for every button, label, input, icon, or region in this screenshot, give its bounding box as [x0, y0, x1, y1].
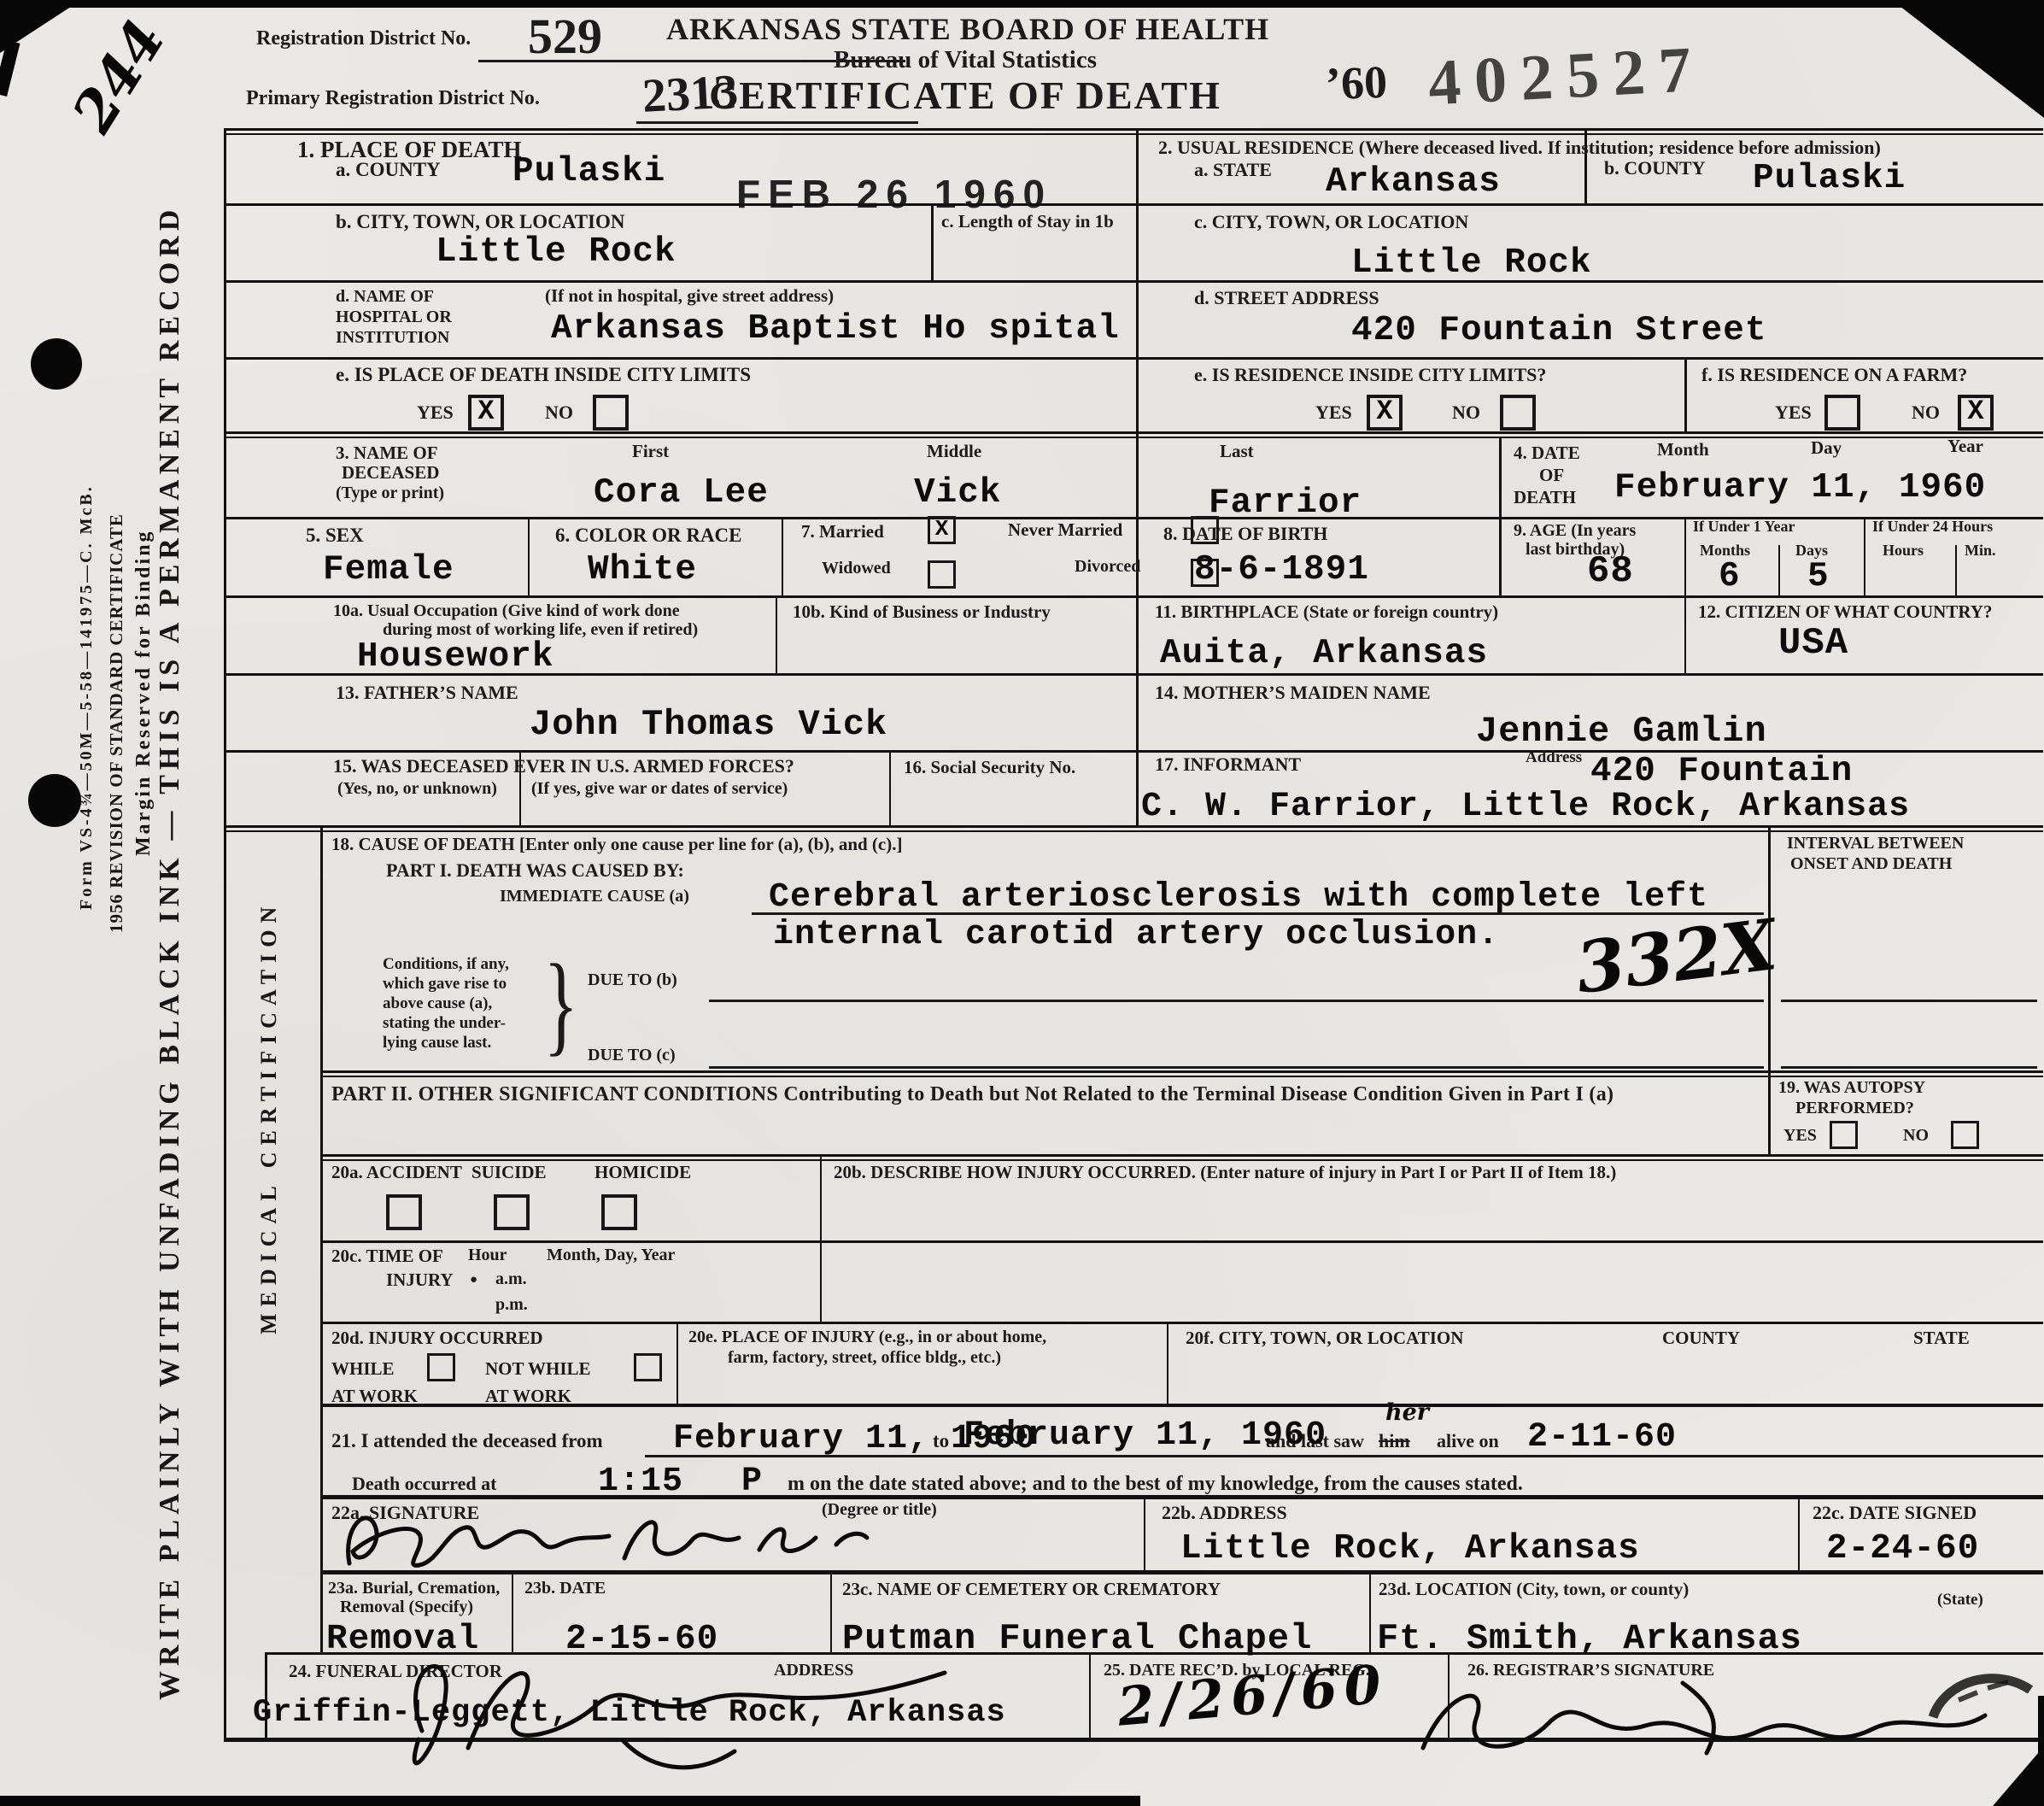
hour-header: Hour: [468, 1246, 507, 1265]
date-of-death-label-3: DEATH: [1514, 487, 1576, 507]
name-middle-value: Vick: [914, 473, 1001, 513]
death-month-header: Month: [1657, 439, 1709, 460]
autopsy-label-2: PERFORMED?: [1795, 1099, 1914, 1118]
date-signed-label: 22c. DATE SIGNED: [1813, 1502, 1977, 1523]
margin-revision: 1956 REVISION OF STANDARD CERTIFICATE: [106, 513, 127, 933]
autopsy-yes-label: YES: [1783, 1126, 1817, 1146]
name-first-header: First: [632, 441, 669, 461]
location-state-label: (State): [1937, 1591, 1983, 1610]
place-county-value: Pulaski: [512, 152, 665, 191]
armed-forces-label: 15. WAS DECEASED EVER IN U.S. ARMED FORC…: [333, 755, 794, 777]
death-time-value: 1:15: [598, 1463, 683, 1501]
at-work-label-2: AT WORK: [485, 1386, 571, 1406]
homicide-checkbox: [601, 1194, 637, 1230]
file-stamp-number: 402527: [1426, 32, 1707, 121]
attended-label: 21. I attended the deceased from: [331, 1430, 603, 1452]
margin-permanent-record: WRITE PLAINLY WITH UNFADING BLACK INK — …: [154, 205, 186, 1700]
residence-city-value: Little Rock: [1351, 243, 1592, 283]
informant-address-value: 420 Fountain: [1590, 752, 1853, 791]
date-of-birth-label: 8. DATE OF BIRTH: [1163, 523, 1327, 544]
place-city-limits-label: e. IS PLACE OF DEATH INSIDE CITY LIMITS: [336, 364, 751, 386]
hospital-label-3: INSTITUTION: [336, 328, 449, 348]
address-22b-label: 22b. ADDRESS: [1162, 1502, 1287, 1523]
received-date-stamp: FEB 26 1960: [736, 171, 1052, 217]
place-city-label: b. CITY, TOWN, OR LOCATION: [336, 211, 625, 233]
name-last-header: Last: [1220, 441, 1254, 461]
min-header: Min.: [1965, 542, 1996, 560]
place-county-label: a. COUNTY: [336, 159, 441, 181]
citizen-value: USA: [1778, 622, 1848, 665]
margin-binding: Margin Reserved for Binding: [132, 529, 155, 856]
hole-punch-bottom: [28, 774, 81, 827]
informant-label: 17. INFORMANT: [1155, 753, 1301, 775]
fathers-name-value: John Thomas Vick: [530, 704, 887, 745]
part1-label: PART I. DEATH WAS CAUSED BY:: [386, 859, 684, 881]
cause-line-2: internal carotid artery occlusion.: [773, 916, 1499, 954]
divorced-label: Divorced: [1075, 557, 1140, 577]
sex-label: 5. SEX: [306, 525, 364, 547]
death-day-header: Day: [1811, 437, 1842, 458]
location-value: Ft. Smith, Arkansas: [1377, 1618, 1802, 1659]
residence-county-value: Pulaski: [1753, 159, 1906, 198]
cause-code-handwritten: 332X: [1572, 904, 1781, 1010]
name-label-2: DECEASED: [342, 462, 439, 483]
birthplace-label: 11. BIRTHPLACE (State or foreign country…: [1155, 601, 1498, 622]
death-occurred-rest-label: m on the date stated above; and to the b…: [788, 1473, 1523, 1497]
registrar-signature: [1401, 1666, 1999, 1794]
informant-value: C. W. Farrior, Little Rock, Arkansas: [1141, 788, 1910, 826]
color-race-value: White: [588, 550, 697, 589]
place-limits-no-checkbox: [593, 395, 629, 431]
last-saw-date-value: 2-11-60: [1527, 1418, 1677, 1457]
residence-limits-no-label: NO: [1452, 402, 1480, 423]
suicide-label: SUICIDE: [471, 1162, 547, 1182]
occupation-value: Housework: [357, 637, 553, 677]
not-while-label: NOT WHILE: [485, 1358, 591, 1379]
interval-c-line: [1781, 1066, 2037, 1069]
place-limits-no-label: NO: [545, 402, 573, 423]
injury-word-label: INJURY: [386, 1269, 454, 1290]
while-checkbox: [427, 1353, 455, 1381]
days-value: 5: [1807, 557, 1830, 596]
business-industry-label: 10b. Kind of Business or Industry: [793, 601, 1051, 622]
interval-label-2: ONSET AND DEATH: [1790, 854, 1952, 874]
physician-signature: [337, 1497, 901, 1582]
residence-limits-no-checkbox: [1500, 395, 1536, 431]
alive-on-label: alive on: [1437, 1430, 1499, 1451]
place-of-injury-label-2: farm, factory, street, office bldg., etc…: [728, 1348, 1001, 1368]
farm-yes-checkbox: [1824, 395, 1860, 431]
usual-residence-title: 2. USUAL RESIDENCE (Where deceased lived…: [1158, 137, 1881, 158]
ssn-label: 16. Social Security No.: [904, 757, 1075, 777]
date-of-death-value: February 11, 1960: [1614, 468, 1986, 507]
place-city-value: Little Rock: [436, 232, 676, 272]
file-stamp-year: ’60: [1325, 56, 1388, 111]
while-label: WHILE: [331, 1358, 395, 1379]
scan-corner-bottom-right: [1993, 1746, 2044, 1806]
married-checkbox: X: [928, 516, 956, 544]
her-handwritten: her: [1385, 1399, 1429, 1426]
death-ampm-value: P: [741, 1463, 763, 1501]
age-value: 68: [1587, 550, 1634, 593]
street-address-value: 420 Fountain Street: [1351, 311, 1766, 350]
accident-label: 20a. ACCIDENT: [331, 1162, 462, 1182]
under-1-year-header: If Under 1 Year: [1693, 518, 1795, 536]
armed-forces-note-2: (If yes, give war or dates of service): [531, 779, 788, 799]
death-certificate-scan: 244 Form VS-4¾—50M—5-58—141975—C. McB. 1…: [0, 0, 2044, 1806]
registration-district-label: Registration District No.: [256, 27, 471, 51]
address-22b-value: Little Rock, Arkansas: [1180, 1529, 1640, 1569]
conditions-note-3: above cause (a),: [383, 994, 492, 1013]
residence-farm-label: f. IS RESIDENCE ON A FARM?: [1701, 364, 1967, 385]
farm-yes-label: YES: [1775, 402, 1812, 423]
name-first-value: Cora Lee: [594, 473, 769, 513]
months-value: 6: [1719, 557, 1741, 596]
birthplace-value: Auita, Arkansas: [1160, 634, 1488, 673]
bureau-subtitle: Bureau of Vital Statistics: [666, 46, 1264, 74]
suicide-checkbox: [494, 1194, 530, 1230]
street-address-label: d. STREET ADDRESS: [1194, 287, 1379, 308]
stamp-fragment: [1926, 1647, 2037, 1724]
autopsy-label-1: 19. WAS AUTOPSY: [1778, 1078, 1925, 1098]
sex-value: Female: [323, 550, 454, 589]
injury-bullet: ●: [470, 1273, 477, 1287]
hours-header: Hours: [1883, 542, 1924, 560]
accident-checkbox: [386, 1194, 422, 1230]
residence-limits-yes-label: YES: [1315, 402, 1352, 423]
hospital-label-2: HOSPITAL OR: [336, 308, 452, 327]
cause-line-1: Cerebral arteriosclerosis with complete …: [769, 878, 1708, 917]
due-to-b-label: DUE TO (b): [588, 970, 677, 990]
occupation-label-1: 10a. Usual Occupation (Give kind of work…: [333, 601, 680, 621]
residence-city-limits-label: e. IS RESIDENCE INSIDE CITY LIMITS?: [1194, 364, 1546, 385]
interval-label-1: INTERVAL BETWEEN: [1787, 834, 1964, 853]
place-of-injury-label-1: 20e. PLACE OF INJURY (e.g., in or about …: [688, 1328, 1046, 1347]
injury-county-header: COUNTY: [1662, 1328, 1740, 1348]
margin-medical-certification: MEDICAL CERTIFICATION: [256, 900, 282, 1334]
conditions-note-4: stating the under-: [383, 1014, 506, 1033]
hospital-label-1: d. NAME OF: [336, 287, 434, 307]
board-of-health-title: ARKANSAS STATE BOARD OF HEALTH: [666, 12, 1264, 47]
homicide-label: HOMICIDE: [594, 1162, 691, 1182]
fathers-name-label: 13. FATHER’S NAME: [336, 682, 518, 703]
conditions-note-2: which gave rise to: [383, 975, 507, 994]
autopsy-no-checkbox: [1951, 1121, 1979, 1149]
scan-edge-right: [2038, 1696, 2044, 1806]
name-middle-header: Middle: [927, 441, 981, 461]
registration-district-value: 529: [528, 9, 602, 66]
scan-corner-top-right: [1892, 0, 2044, 118]
widowed-checkbox: [928, 560, 956, 589]
injury-city-label: 20f. CITY, TOWN, OR LOCATION: [1186, 1328, 1463, 1348]
conditions-note-5: lying cause last.: [383, 1034, 491, 1053]
widowed-label: Widowed: [822, 559, 891, 578]
name-last-value: Farrior: [1209, 484, 1362, 523]
mothers-maiden-name-value: Jennie Gamlin: [1476, 711, 1767, 752]
certificate-title: CERTIFICATE OF DEATH: [666, 73, 1264, 119]
residence-county-label: b. COUNTY: [1604, 157, 1706, 179]
part2-label: PART II. OTHER SIGNIFICANT CONDITIONS Co…: [331, 1083, 1614, 1107]
immediate-cause-label: IMMEDIATE CAUSE (a): [500, 887, 689, 906]
at-work-label-1: AT WORK: [331, 1386, 418, 1406]
hospital-note: (If not in hospital, give street address…: [545, 285, 834, 306]
place-limits-yes-label: YES: [417, 402, 454, 423]
date-of-birth-value: 8-6-1891: [1194, 550, 1369, 589]
due-to-c-line: [709, 1066, 1764, 1069]
pm-label: p.m.: [495, 1295, 528, 1315]
describe-injury-label: 20b. DESCRIBE HOW INJURY OCCURRED. (Ente…: [834, 1162, 1616, 1182]
him-struck-label: him: [1379, 1430, 1410, 1451]
citizen-label: 12. CITIZEN OF WHAT COUNTRY?: [1698, 601, 1992, 622]
residence-state-value: Arkansas: [1326, 162, 1501, 202]
conditions-brace: }: [544, 939, 578, 1069]
death-year-header: Year: [1947, 436, 1983, 456]
date-signed-value: 2-24-60: [1826, 1529, 1979, 1569]
mothers-maiden-name-label: 14. MOTHER’S MAIDEN NAME: [1155, 682, 1431, 703]
death-occurred-label: Death occurred at: [352, 1473, 496, 1494]
margin-form-code: Form VS-4¾—50M—5-58—141975—C. McB.: [77, 484, 97, 910]
injury-occurred-label: 20d. INJURY OCCURRED: [331, 1328, 543, 1348]
name-label-1: 3. NAME OF: [336, 443, 438, 463]
am-label: a.m.: [495, 1269, 527, 1289]
residence-limits-yes-checkbox: X: [1367, 395, 1403, 431]
date-of-death-label-2: OF: [1539, 465, 1564, 485]
time-of-injury-label: 20c. TIME OF: [331, 1246, 443, 1266]
farm-no-checkbox: X: [1958, 395, 1994, 431]
hole-punch-top: [31, 338, 82, 390]
injury-state-header: STATE: [1913, 1328, 1970, 1348]
attended-to-value: February 11, 1960: [963, 1416, 1327, 1455]
primary-registration-district-label: Primary Registration District No.: [246, 87, 540, 111]
residence-state-label: a. STATE: [1194, 159, 1272, 180]
place-limits-yes-checkbox: X: [468, 395, 504, 431]
autopsy-no-label: NO: [1903, 1126, 1929, 1146]
name-label-3: (Type or print): [336, 484, 444, 503]
autopsy-yes-checkbox: [1830, 1121, 1858, 1149]
interval-b-line: [1781, 1000, 2037, 1002]
not-while-checkbox: [634, 1353, 662, 1381]
conditions-note-1: Conditions, if any,: [383, 955, 509, 974]
farm-no-label: NO: [1912, 402, 1940, 423]
under-24-hours-header: If Under 24 Hours: [1872, 518, 1993, 536]
due-to-c-label: DUE TO (c): [588, 1046, 676, 1065]
burial-label-2: Removal (Specify): [340, 1598, 473, 1617]
age-label-1: 9. AGE (In years: [1514, 521, 1636, 541]
month-day-year-header: Month, Day, Year: [547, 1246, 675, 1265]
date-of-death-label-1: 4. DATE: [1514, 443, 1580, 463]
color-race-label: 6. COLOR OR RACE: [555, 525, 742, 547]
location-label: 23d. LOCATION (City, town, or county): [1379, 1579, 1689, 1599]
funeral-director-signature: [367, 1639, 965, 1801]
married-label: 7. Married: [801, 521, 884, 542]
residence-city-label: c. CITY, TOWN, OR LOCATION: [1194, 211, 1468, 232]
scan-edge-top: [0, 0, 2044, 8]
never-married-label: Never Married: [1008, 519, 1122, 540]
cause-of-death-title: 18. CAUSE OF DEATH [Enter only one cause…: [331, 834, 902, 854]
hospital-value: Arkansas Baptist Ho spital: [551, 309, 1120, 349]
scan-edge-bottom: [0, 1796, 1140, 1806]
armed-forces-note-1: (Yes, no, or unknown): [337, 779, 497, 799]
